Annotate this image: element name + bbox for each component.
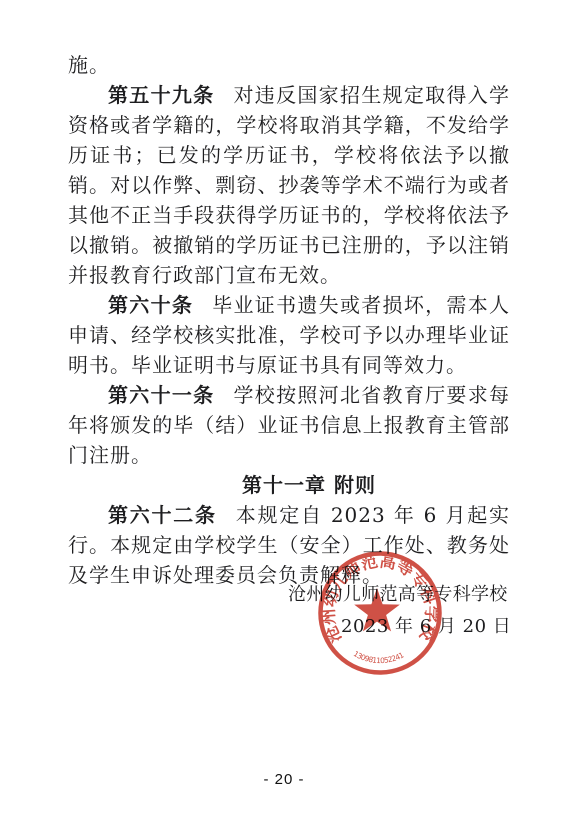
article-62: 第六十二条本规定自 2023 年 6 月起实行。本规定由学校学生（安全）工作处、… bbox=[68, 500, 510, 590]
article-60-number: 第六十条 bbox=[108, 293, 193, 317]
seal-serial-number: 1309811052241 bbox=[352, 649, 406, 665]
article-61-number: 第六十一条 bbox=[108, 383, 214, 407]
article-59-number: 第五十九条 bbox=[108, 83, 214, 107]
article-60: 第六十条毕业证书遗失或者损坏，需本人申请、经学校核实批准，学校可予以办理毕业证明… bbox=[68, 290, 510, 380]
chapter-heading: 第十一章 附则 bbox=[68, 470, 510, 500]
document-body: 施。 第五十九条对违反国家招生规定取得入学资格或者学籍的，学校将取消其学籍，不发… bbox=[68, 50, 510, 590]
page-number: - 20 - bbox=[0, 771, 568, 788]
paragraph-continuation: 施。 bbox=[68, 50, 510, 80]
signature-school-name: 沧州幼儿师范高等专科学校 bbox=[288, 580, 508, 606]
article-59-text: 对违反国家招生规定取得入学资格或者学籍的，学校将取消其学籍，不发给学历证书；已发… bbox=[68, 83, 510, 287]
article-61: 第六十一条学校按照河北省教育厅要求每年将颁发的毕（结）业证书信息上报教育主管部门… bbox=[68, 380, 510, 470]
svg-text:1309811052241: 1309811052241 bbox=[352, 649, 406, 665]
signature-date: 2023 年 6 月 20 日 bbox=[341, 612, 511, 638]
document-page: 施。 第五十九条对违反国家招生规定取得入学资格或者学籍的，学校将取消其学籍，不发… bbox=[0, 0, 568, 813]
article-62-number: 第六十二条 bbox=[108, 503, 217, 527]
article-59: 第五十九条对违反国家招生规定取得入学资格或者学籍的，学校将取消其学籍，不发给学历… bbox=[68, 80, 510, 290]
